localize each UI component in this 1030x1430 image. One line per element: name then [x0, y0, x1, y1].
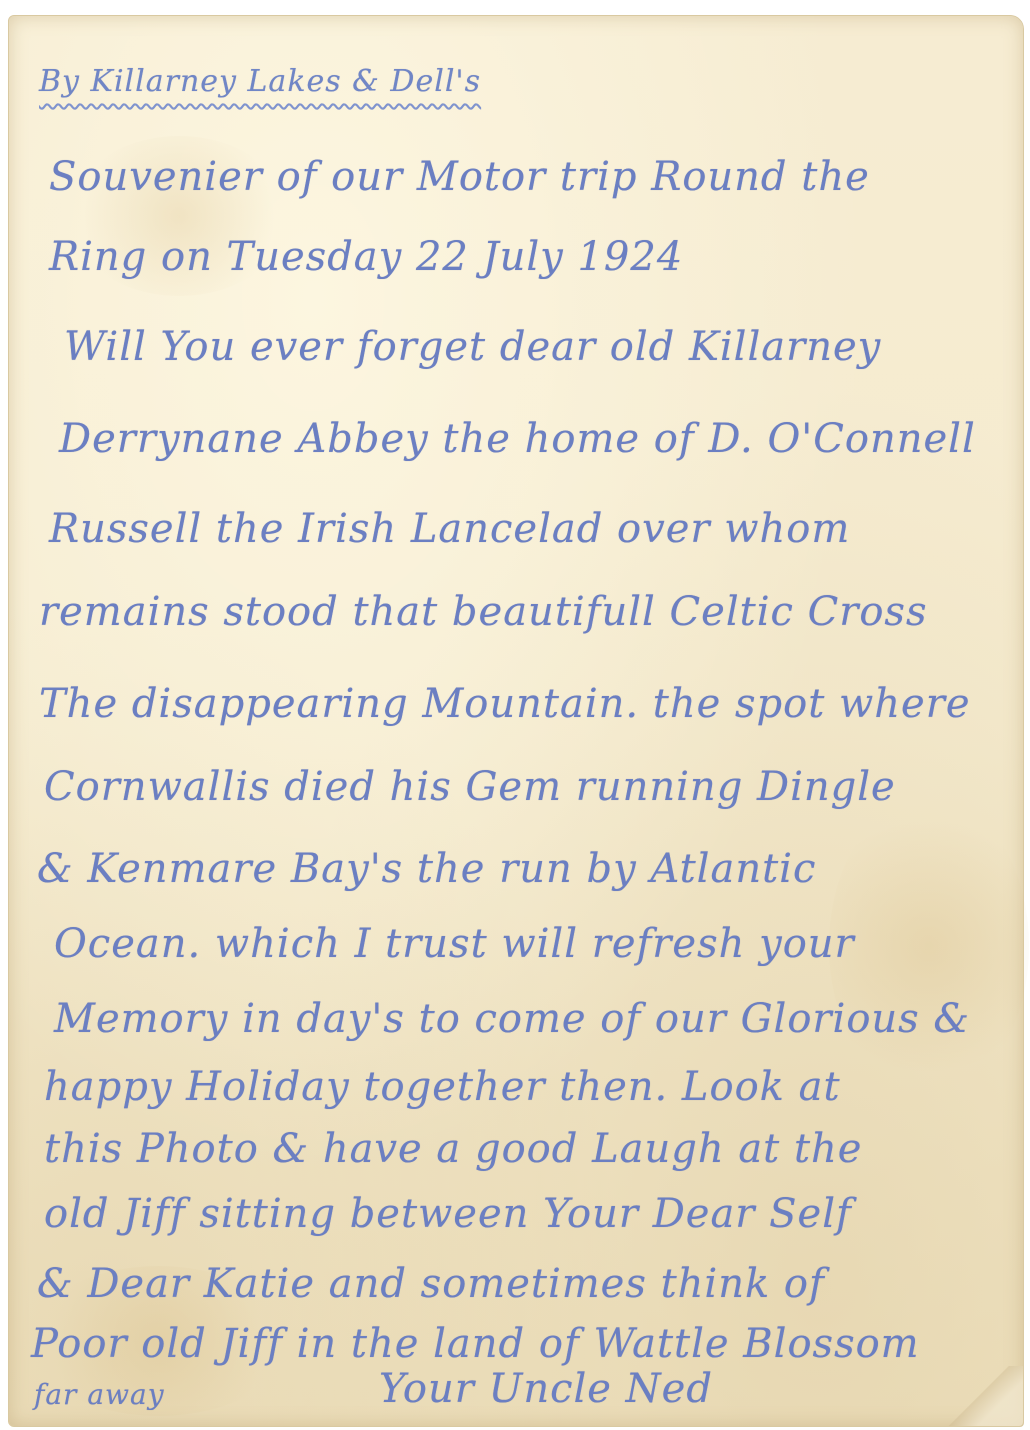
text-line-2: Ring on Tuesday 22 July 1924	[49, 234, 683, 280]
text-line-8: Cornwallis died his Gem running Dingle	[44, 764, 896, 810]
paper-stain	[829, 796, 1029, 1096]
text-line-6: remains stood that beautifull Celtic Cro…	[39, 589, 927, 635]
text-line-7: The disappearing Mountain. the spot wher…	[39, 681, 971, 727]
text-line-1: Souvenier of our Motor trip Round the	[49, 154, 870, 200]
text-line-14: old Jiff sitting between Your Dear Self	[44, 1191, 852, 1237]
text-line-12: happy Holiday together then. Look at	[44, 1064, 841, 1110]
text-line-3: Will You ever forget dear old Killarney	[64, 324, 881, 370]
text-line-15: & Dear Katie and sometimes think of	[37, 1261, 825, 1307]
text-line-13: this Photo & have a good Laugh at the	[44, 1126, 862, 1172]
signature: Your Uncle Ned	[379, 1366, 713, 1412]
text-line-10: Ocean. which I trust will refresh your	[54, 921, 855, 967]
text-line-11: Memory in day's to come of our Glorious …	[54, 996, 970, 1042]
text-line-4: Derrynane Abbey the home of D. O'Connell	[59, 416, 976, 462]
corner-fold	[933, 1366, 1023, 1426]
text-line-16: Poor old Jiff in the land of Wattle Blos…	[31, 1321, 920, 1367]
postcard-paper: By Killarney Lakes & Dell's Souvenier of…	[8, 15, 1024, 1427]
closing-far-away: far away	[34, 1378, 165, 1411]
text-line-5: Russell the Irish Lancelad over whom	[49, 506, 850, 552]
heading: By Killarney Lakes & Dell's	[39, 64, 481, 99]
text-line-9: & Kenmare Bay's the run by Atlantic	[37, 846, 816, 892]
